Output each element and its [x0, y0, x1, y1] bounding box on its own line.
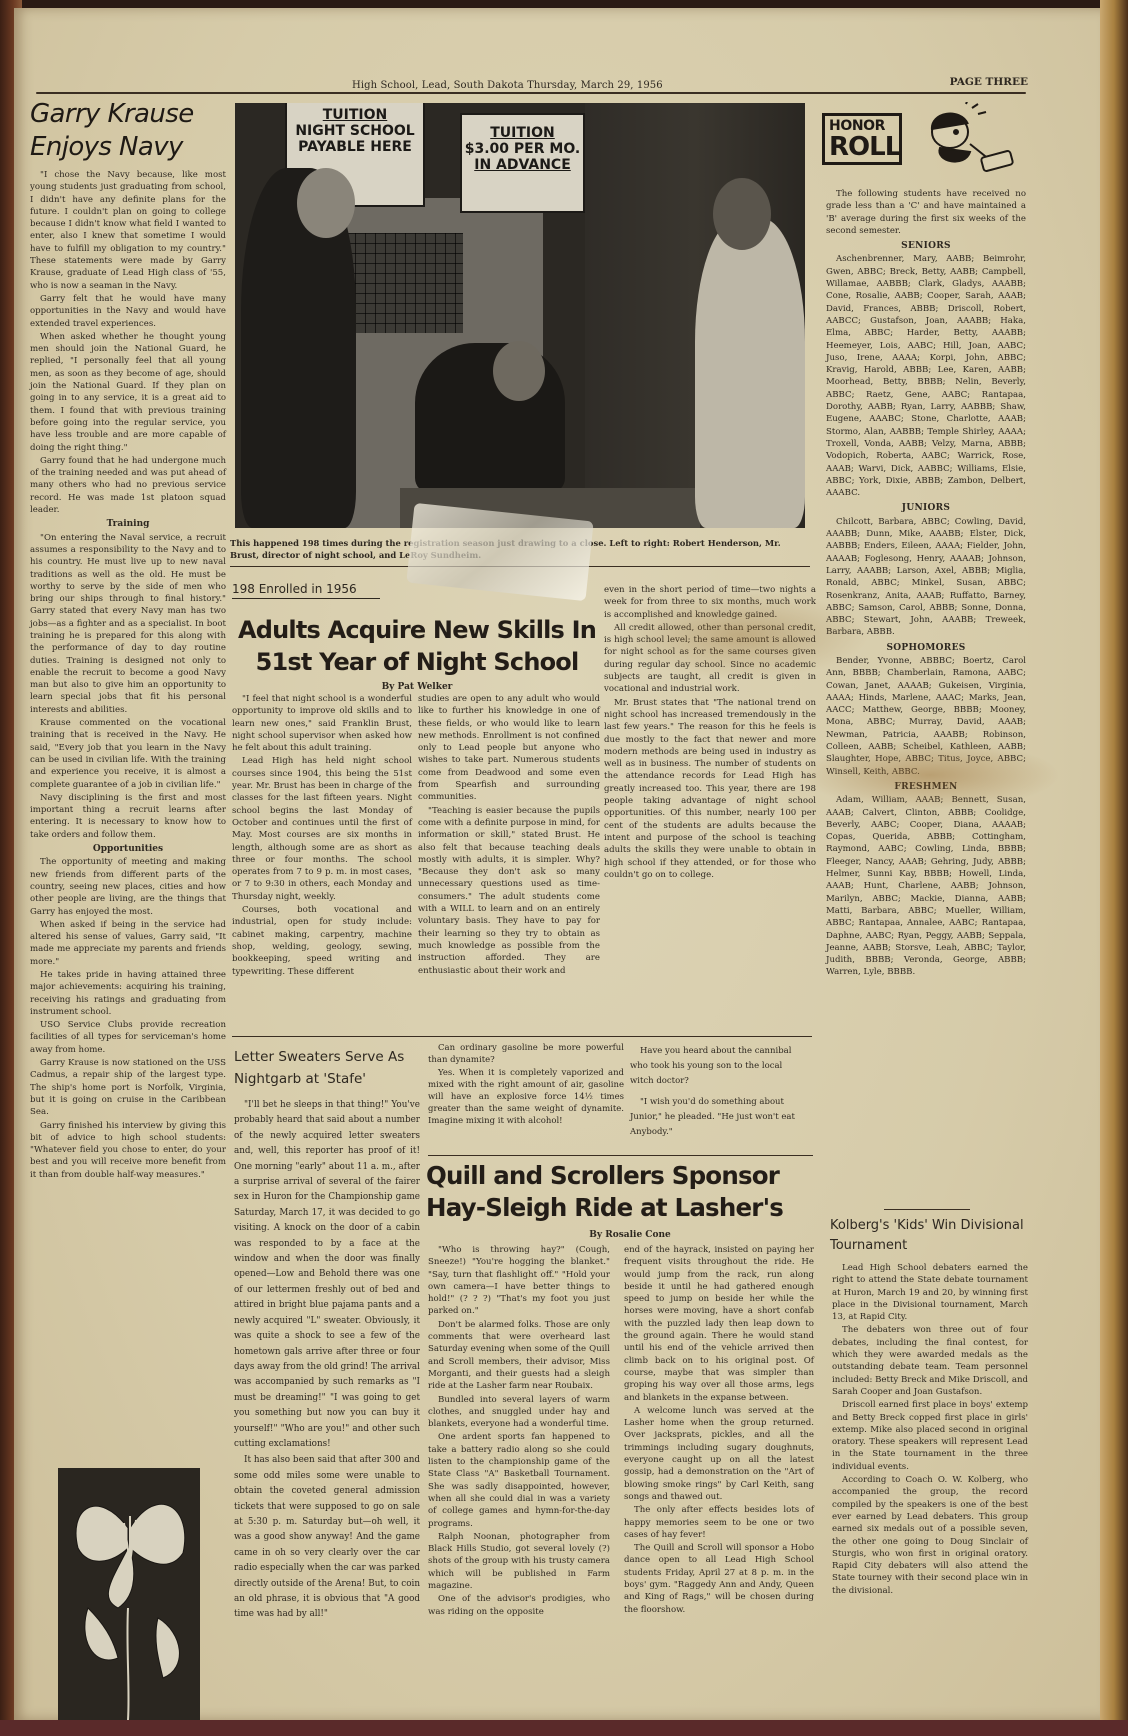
- paragraph: Courses, both vocational and industrial,…: [232, 904, 412, 978]
- honor-roll-logo: HONOR ROLL: [822, 113, 902, 165]
- person-right-head: [713, 178, 771, 250]
- subhead-opportunities: Opportunities: [30, 843, 226, 855]
- student-with-books-icon: [910, 102, 1020, 174]
- paragraph: Have you heard about the cannibal who to…: [630, 1044, 808, 1089]
- subhead-training: Training: [30, 518, 226, 530]
- paragraph: Garry felt that he would have many oppor…: [30, 293, 226, 330]
- paragraph: Garry finished his interview by giving t…: [30, 1120, 226, 1181]
- honor-list-seniors: Aschenbrenner, Mary, AABB; Beimrohr, Gwe…: [826, 253, 1026, 499]
- paragraph: Can ordinary gasoline be more powerful t…: [428, 1042, 624, 1066]
- paragraph: One of the advisor's prodigies, who was …: [428, 1593, 610, 1618]
- water-stain: [800, 740, 1060, 810]
- class-heading-seniors: SENIORS: [826, 240, 1026, 252]
- headline-kolberg: Kolberg's 'Kids' Win Divisional Tourname…: [830, 1216, 1030, 1256]
- dateline: High School, Lead, South Dakota Thursday…: [352, 80, 663, 91]
- byline: By Rosalie Cone: [540, 1230, 720, 1240]
- paragraph: end of the hayrack, insisted on paying h…: [624, 1244, 814, 1404]
- paragraph: Krause commented on the vocational train…: [30, 717, 226, 791]
- person-center-head: [493, 341, 545, 401]
- divider: [232, 1036, 812, 1037]
- paragraph: "I feel that night school is a wonderful…: [232, 693, 412, 754]
- paragraph: Don't be alarmed folks. Those are only c…: [428, 1319, 610, 1393]
- page-edge: [1100, 0, 1128, 1736]
- headline-night-school: Adults Acquire New Skills In 51st Year o…: [232, 614, 602, 678]
- night-school-registration-photo: TUITION NIGHT SCHOOL PAYABLE HERE TUITIO…: [235, 103, 805, 528]
- person-right-leroy-sundheim: [695, 218, 805, 528]
- water-stain: [610, 590, 870, 680]
- page-bottom-edge: [0, 1720, 1128, 1736]
- article-letter-sweaters: "I'll bet he sleeps in that thing!" You'…: [234, 1098, 420, 1624]
- paragraph: Garry Krause is now stationed on the USS…: [30, 1057, 226, 1118]
- filler-cannibal-joke: Have you heard about the cannibal who to…: [630, 1044, 808, 1141]
- paragraph: Mr. Brust states that "The national tren…: [604, 697, 816, 881]
- paragraph: The Quill and Scroll will sponsor a Hobo…: [624, 1542, 814, 1616]
- headline-letter-sweaters: Letter Sweaters Serve As Nightgarb at 'S…: [234, 1046, 424, 1090]
- divider: [884, 1209, 970, 1210]
- paragraph: Yes. When it is completely vaporized and…: [428, 1067, 624, 1127]
- paragraph: The only after effects besides lots of h…: [624, 1504, 814, 1541]
- filler-gasoline: Can ordinary gasoline be more powerful t…: [428, 1042, 624, 1128]
- kicker: 198 Enrolled in 1956: [232, 582, 380, 599]
- paragraph: Lead High has held night school courses …: [232, 755, 412, 903]
- paragraph: According to Coach O. W. Kolberg, who ac…: [832, 1474, 1028, 1597]
- paragraph: "I'll bet he sleeps in that thing!" You'…: [234, 1098, 420, 1452]
- quill-col-2: end of the hayrack, insisted on paying h…: [624, 1244, 814, 1617]
- night-school-col-2: studies are open to any adult who would …: [418, 693, 600, 978]
- paragraph: "Teaching is easier because the pupils c…: [418, 805, 600, 977]
- honor-intro: The following students have received no …: [826, 188, 1026, 237]
- paragraph: A welcome lunch was served at the Lasher…: [624, 1405, 814, 1503]
- paragraph: Lead High School debaters earned the rig…: [832, 1262, 1028, 1323]
- night-school-col-1: "I feel that night school is a wonderful…: [232, 693, 412, 979]
- honor-list-freshmen: Adam, William, AAAB; Bennett, Susan, AAA…: [826, 794, 1026, 978]
- tuition-sign-right: TUITION $3.00 PER MO. IN ADVANCE: [460, 113, 585, 213]
- paragraph: The opportunity of meeting and making ne…: [30, 856, 226, 917]
- paragraph: Driscoll earned first place in boys' ext…: [832, 1399, 1028, 1473]
- paragraph: USO Service Clubs provide recreation fac…: [30, 1019, 226, 1056]
- paragraph: "I chose the Navy because, like most you…: [30, 169, 226, 292]
- divider: [428, 1155, 813, 1156]
- person-left-head: [297, 168, 355, 238]
- headline: Garry Krause Enjoys Navy: [30, 98, 226, 164]
- byline: By Pat Welker: [232, 682, 602, 692]
- lily-woodcut-illustration: [58, 1468, 200, 1720]
- paragraph: Bundled into several layers of warm clot…: [428, 1394, 610, 1431]
- headline-quill-and-scroll: Quill and Scrollers Sponsor Hay-Sleigh R…: [426, 1160, 816, 1224]
- paragraph: "I wish you'd do something about Junior,…: [630, 1095, 808, 1140]
- quill-col-1: "Who is throwing hay?" (Cough, Sneeze!) …: [428, 1244, 610, 1619]
- paragraph: The debaters won three out of four debat…: [832, 1324, 1028, 1398]
- paragraph: One ardent sports fan happened to take a…: [428, 1431, 610, 1529]
- paragraph: When asked whether he thought young men …: [30, 331, 226, 454]
- class-heading-juniors: JUNIORS: [826, 502, 1026, 514]
- paragraph: "Who is throwing hay?" (Cough, Sneeze!) …: [428, 1244, 610, 1318]
- masthead: High School, Lead, South Dakota Thursday…: [22, 70, 1032, 94]
- paragraph: "On entering the Naval service, a recrui…: [30, 532, 226, 716]
- paragraph: When asked if being in the service had a…: [30, 919, 226, 968]
- honor-roll: The following students have received no …: [826, 188, 1026, 980]
- article-garry-krause: Garry Krause Enjoys Navy "I chose the Na…: [30, 98, 226, 1182]
- paragraph: studies are open to any adult who would …: [418, 693, 600, 804]
- paragraph: Ralph Noonan, photographer from Black Hi…: [428, 1531, 610, 1592]
- article-kolberg: Lead High School debaters earned the rig…: [832, 1262, 1028, 1598]
- paragraph: Navy disciplining is the first and most …: [30, 792, 226, 841]
- paragraph: Garry found that he had undergone much o…: [30, 455, 226, 516]
- paragraph: He takes pride in having attained three …: [30, 969, 226, 1018]
- paragraph: It has also been said that after 300 and…: [234, 1453, 420, 1622]
- page-number: PAGE THREE: [950, 76, 1028, 88]
- masthead-rule: [36, 92, 1026, 94]
